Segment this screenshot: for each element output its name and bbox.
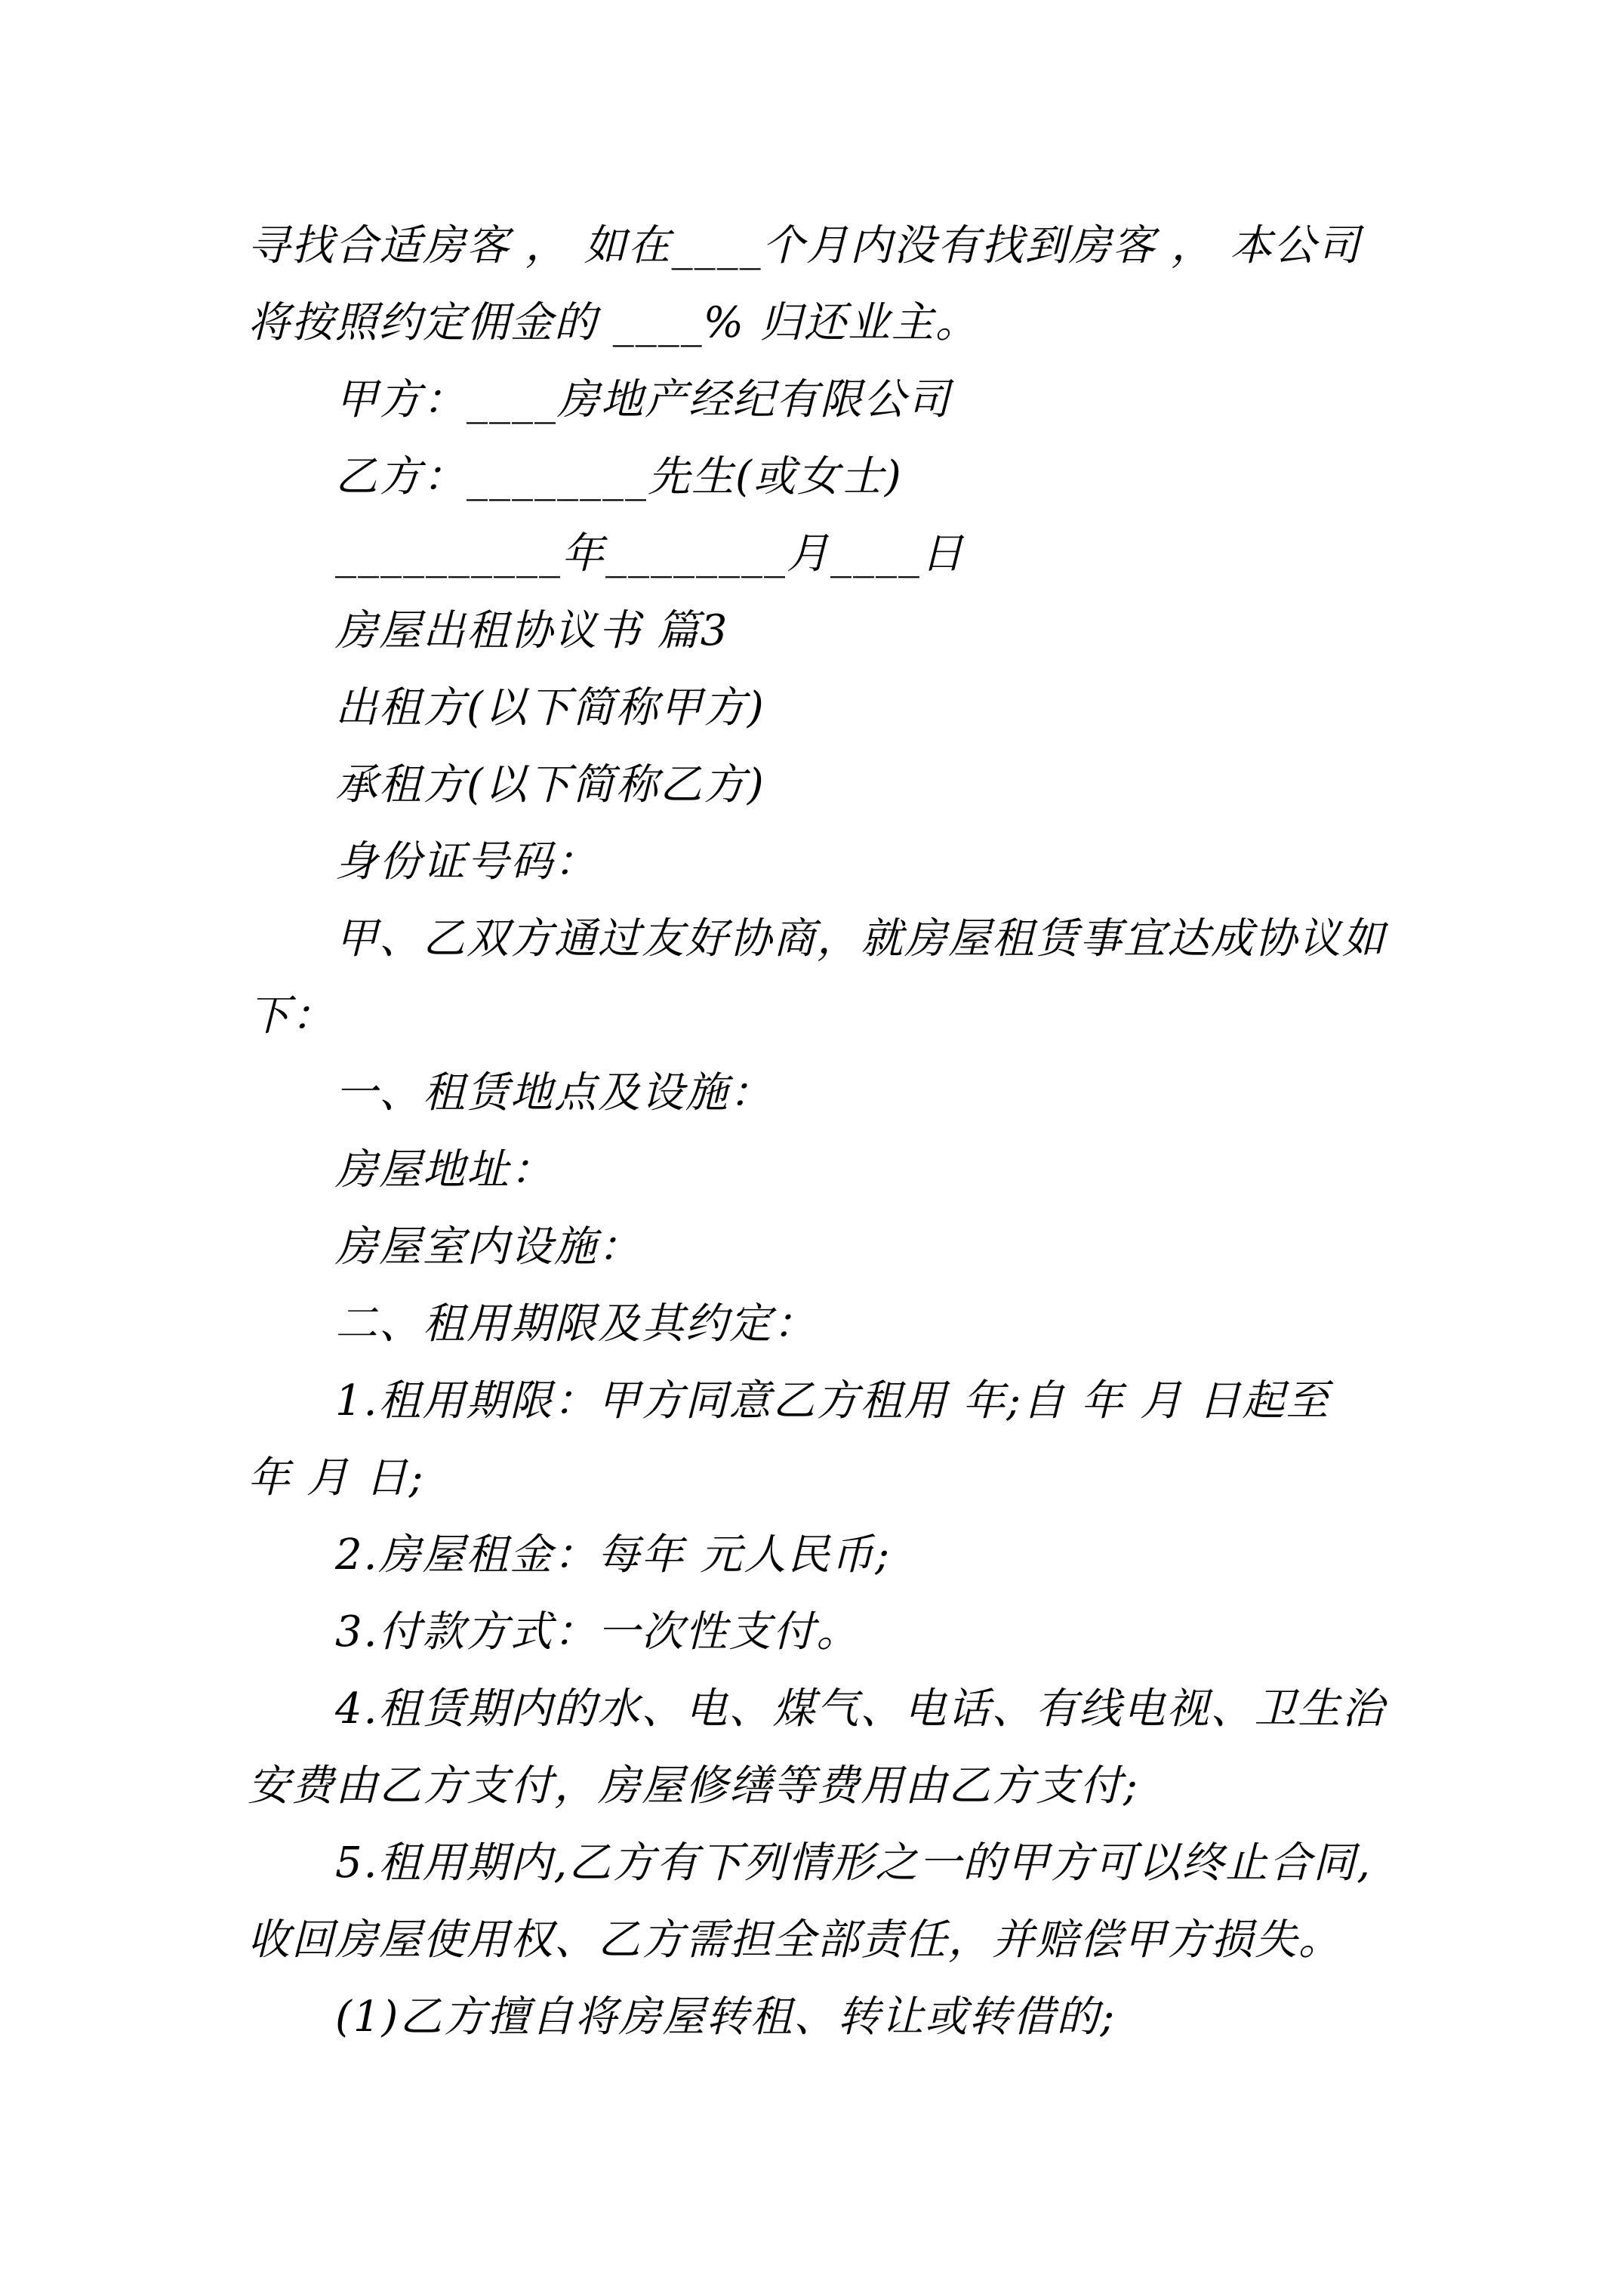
contract-line: 甲、乙双方通过友好协商，就房屋租赁事宜达成协议如 (248, 901, 1455, 978)
contract-section-title: 房屋出租协议书 篇3 (248, 593, 1455, 670)
contract-line: 收回房屋使用权、乙方需担全部责任，并赔偿甲方损失。 (248, 1902, 1455, 1979)
contract-line: 安费由乙方支付，房屋修缮等费用由乙方支付; (248, 1748, 1455, 1825)
contract-line: 甲方：____房地产经纪有限公司 (248, 362, 1455, 439)
contract-line: 乙方：________先生(或女士) (248, 439, 1455, 516)
contract-line: 寻找合适房客 ， 如在____个月内没有找到房客 ， 本公司 (248, 208, 1455, 285)
contract-line: __________年________月____日 (248, 516, 1455, 593)
contract-line: 5.租用期内,乙方有下列情形之一的甲方可以终止合同, (248, 1825, 1455, 1902)
contract-line: 2.房屋租金：每年 元人民币; (248, 1517, 1455, 1594)
contract-line: 二、租用期限及其约定： (248, 1286, 1455, 1363)
contract-line: 一、租赁地点及设施： (248, 1055, 1455, 1132)
contract-line: 下： (248, 978, 1455, 1055)
contract-line: 承租方(以下简称乙方) (248, 747, 1455, 824)
contract-line: (1)乙方擅自将房屋转租、转让或转借的; (248, 1979, 1455, 2056)
contract-line: 1.租用期限：甲方同意乙方租用 年;自 年 月 日起至 (248, 1363, 1455, 1440)
contract-line: 房屋室内设施： (248, 1209, 1455, 1286)
contract-line: 4.租赁期内的水、电、煤气、电话、有线电视、卫生治 (248, 1671, 1455, 1748)
contract-line: 身份证号码： (248, 824, 1455, 901)
contract-line: 3.付款方式：一次性支付。 (248, 1594, 1455, 1671)
contract-line: 将按照约定佣金的 ____% 归还业主。 (248, 285, 1455, 362)
contract-line: 房屋地址： (248, 1132, 1455, 1209)
contract-line: 年 月 日; (248, 1440, 1455, 1517)
contract-line: 出租方(以下简称甲方) (248, 670, 1455, 747)
contract-page: 寻找合适房客 ， 如在____个月内没有找到房客 ， 本公司 将按照约定佣金的 … (0, 0, 1623, 2296)
contract-text-block: 寻找合适房客 ， 如在____个月内没有找到房客 ， 本公司 将按照约定佣金的 … (248, 208, 1455, 2056)
